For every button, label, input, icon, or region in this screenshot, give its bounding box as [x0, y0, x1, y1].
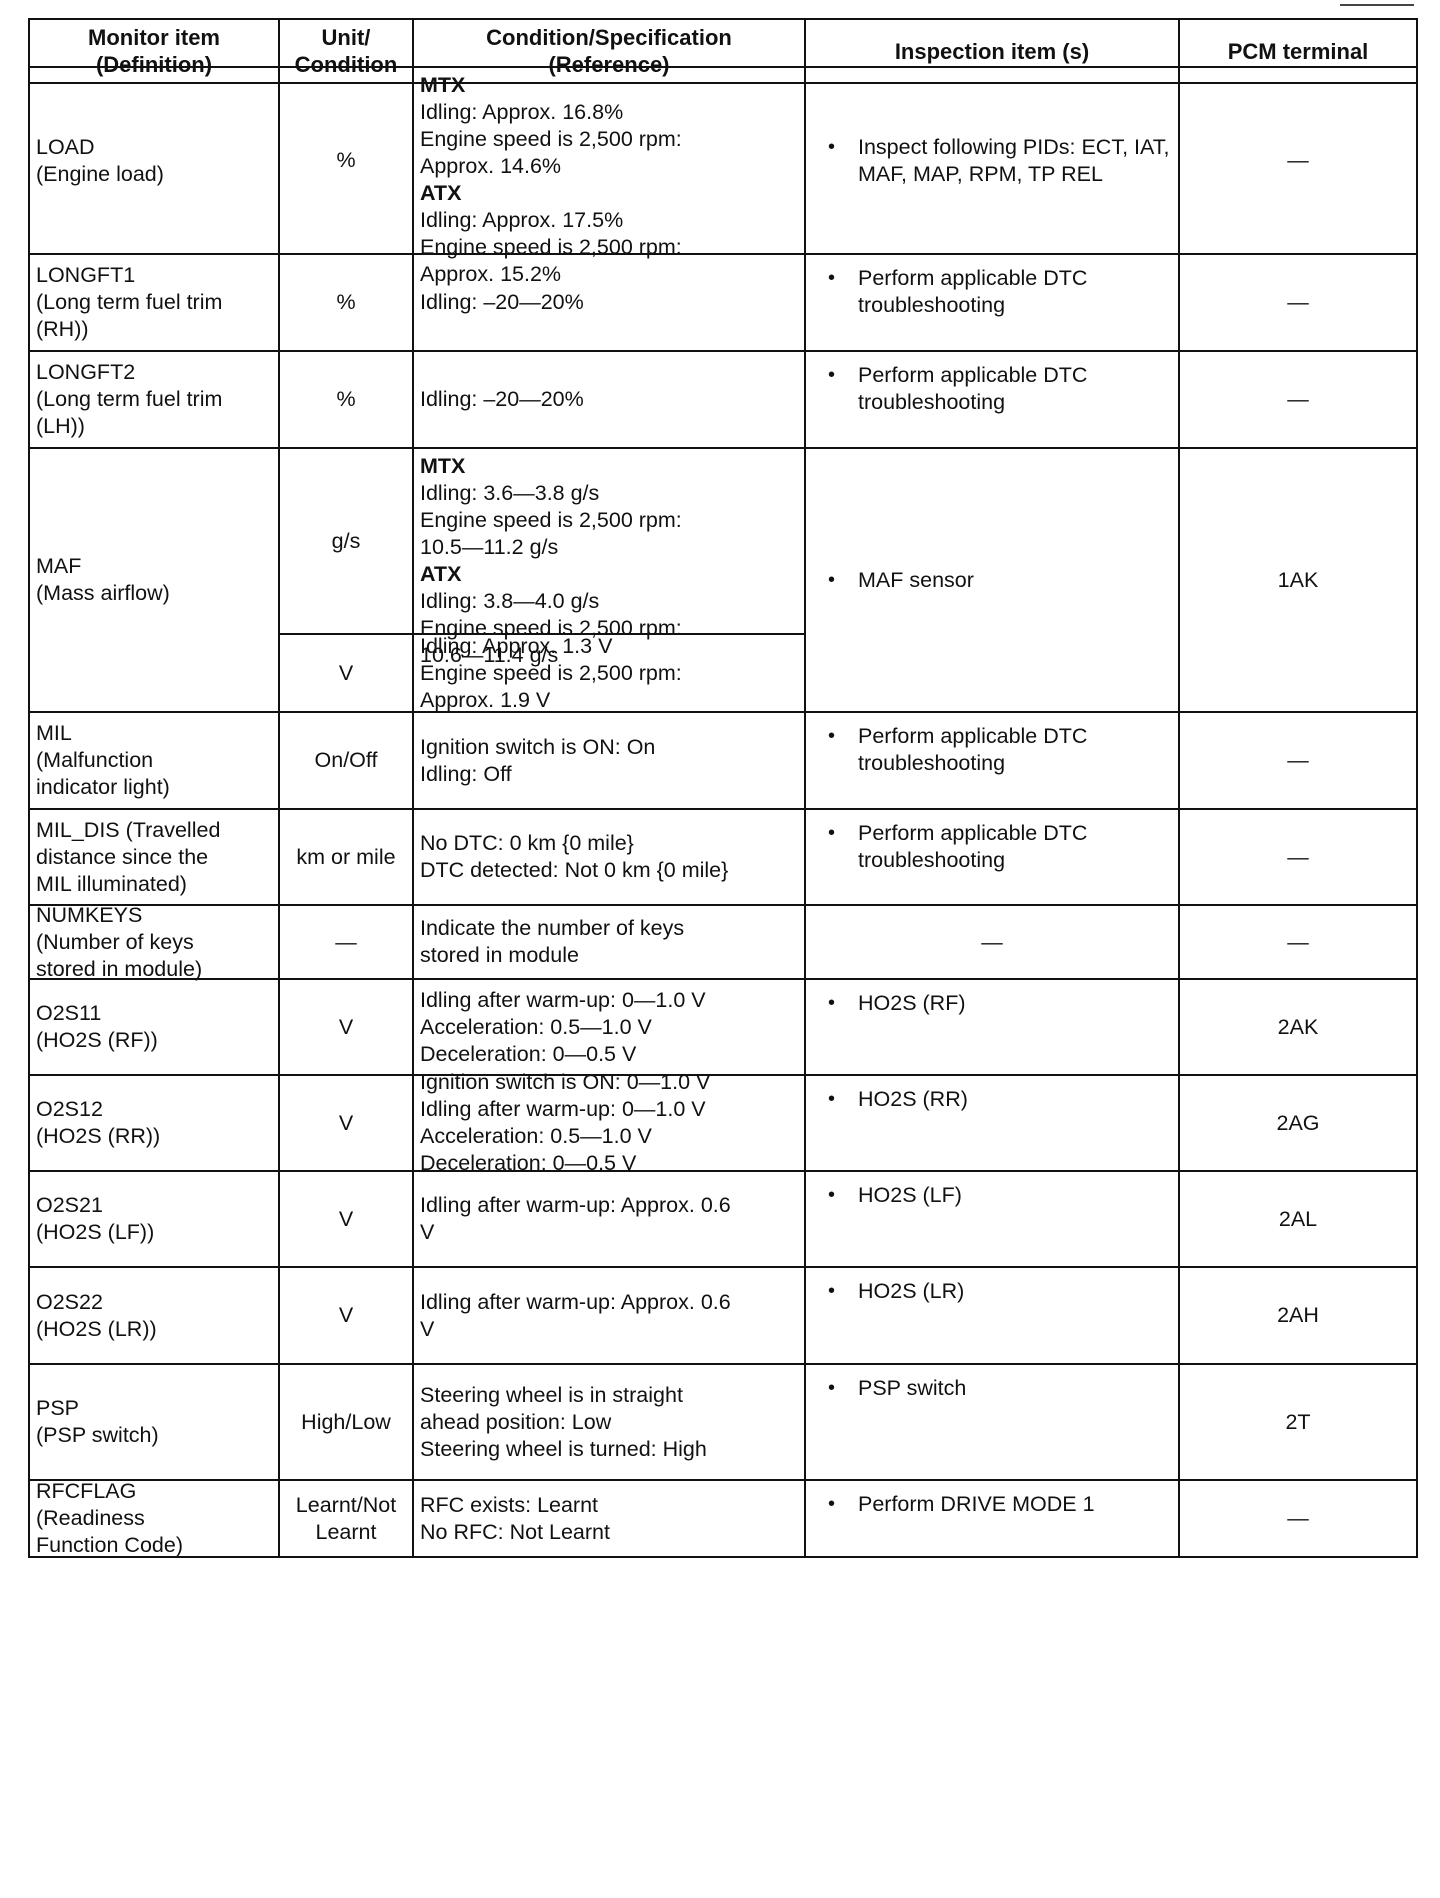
condition-line: Idling: 3.6—3.8 g/s: [420, 480, 798, 507]
condition-line: No DTC: 0 km {0 mile}: [420, 830, 728, 857]
pcm-terminal-cell: —: [1178, 350, 1418, 447]
condition-subheading: ATX: [420, 180, 798, 207]
inspection-cell: •Perform applicable DTC troubleshooting: [804, 808, 1178, 904]
pcm-terminal-cell: —: [1178, 904, 1418, 978]
condition-subheading: MTX: [420, 453, 798, 480]
bullet-icon: •: [828, 265, 858, 319]
condition-line: Idling: –20—20%: [420, 289, 584, 316]
condition-line: V: [420, 1316, 731, 1343]
monitor-item-cell: LONGFT1 (Long term fuel trim (RH)): [28, 253, 278, 350]
unit-cell: —: [278, 904, 412, 978]
monitor-item-cell: O2S11 (HO2S (RF)): [28, 978, 278, 1074]
inspection-list-item: •HO2S (RF): [812, 984, 1172, 1017]
condition-line: Deceleration: 0—0.5 V: [420, 1041, 706, 1068]
page-corner-mark: [1340, 4, 1414, 6]
inspection-list-item: •PSP switch: [812, 1369, 1172, 1402]
condition-line: Idling after warm-up: Approx. 0.6: [420, 1192, 731, 1219]
inspection-cell: •HO2S (LR): [804, 1266, 1178, 1363]
table-row: LONGFT2 (Long term fuel trim (LH))%Idlin…: [28, 350, 1418, 447]
inspection-cell: •Inspect following PIDs: ECT, IAT, MAF, …: [804, 66, 1178, 253]
condition-cell: MTXIdling: 3.6—3.8 g/sEngine speed is 2,…: [412, 447, 804, 633]
table-row: LOAD (Engine load)%MTXIdling: Approx. 16…: [28, 66, 1418, 253]
inspection-text: Perform applicable DTC troubleshooting: [858, 723, 1172, 777]
unit-cell: %: [278, 66, 412, 253]
monitor-item-cell: PSP (PSP switch): [28, 1363, 278, 1479]
condition-line: stored in module: [420, 942, 684, 969]
unit-cell: %: [278, 253, 412, 350]
inspection-cell: •HO2S (LF): [804, 1170, 1178, 1266]
condition-line: Idling: Off: [420, 761, 655, 788]
condition-line: No RFC: Not Learnt: [420, 1519, 610, 1546]
pcm-terminal-cell: 2T: [1178, 1363, 1418, 1479]
condition-cell: Idling: –20—20%: [412, 350, 804, 447]
unit-cell: V: [278, 1074, 412, 1170]
inspection-text: MAF sensor: [858, 567, 974, 594]
inspection-list-item: •HO2S (LR): [812, 1272, 1172, 1305]
pcm-terminal-cell: —: [1178, 253, 1418, 350]
inspection-cell: •Perform DRIVE MODE 1: [804, 1479, 1178, 1558]
pcm-terminal-cell: 2AG: [1178, 1074, 1418, 1170]
condition-line: Idling: Approx. 1.3 V: [420, 633, 682, 660]
inspection-text: Perform DRIVE MODE 1: [858, 1491, 1095, 1518]
bullet-icon: •: [828, 362, 858, 416]
unit-cell: km or mile: [278, 808, 412, 904]
pcm-terminal-cell: 2AL: [1178, 1170, 1418, 1266]
condition-line: Acceleration: 0.5—1.0 V: [420, 1123, 710, 1150]
bullet-icon: •: [828, 1182, 858, 1209]
condition-line: Idling: 3.8—4.0 g/s: [420, 588, 798, 615]
unit-cell: %: [278, 350, 412, 447]
condition-line: V: [420, 1219, 731, 1246]
monitor-item-cell: MIL (Malfunction indicator light): [28, 711, 278, 808]
condition-line: Ignition switch is ON: 0—1.0 V: [420, 1069, 710, 1096]
unit-cell: V: [278, 1266, 412, 1363]
condition-subheading: ATX: [420, 561, 798, 588]
monitor-item-cell: O2S21 (HO2S (LF)): [28, 1170, 278, 1266]
bullet-icon: •: [828, 820, 858, 874]
monitor-item-cell: O2S12 (HO2S (RR)): [28, 1074, 278, 1170]
monitor-item-cell: NUMKEYS (Number of keys stored in module…: [28, 904, 278, 978]
unit-cell: g/s: [278, 447, 412, 633]
inspection-cell: •MAF sensor: [804, 447, 1178, 711]
unit-cell: Learnt/Not Learnt: [278, 1479, 412, 1558]
inspection-text: Perform applicable DTC troubleshooting: [858, 820, 1172, 874]
inspection-list-item: •Perform applicable DTC troubleshooting: [812, 259, 1172, 319]
table-row: MIL (Malfunction indicator light)On/OffI…: [28, 711, 1418, 808]
condition-line: Approx. 14.6%: [420, 153, 798, 180]
condition-line: 10.5—11.2 g/s: [420, 534, 798, 561]
pcm-terminal-cell: —: [1178, 1479, 1418, 1558]
condition-line: Engine speed is 2,500 rpm:: [420, 126, 798, 153]
pcm-terminal-cell: 2AK: [1178, 978, 1418, 1074]
table-row: LONGFT1 (Long term fuel trim (RH))%Idlin…: [28, 253, 1418, 350]
condition-line: RFC exists: Learnt: [420, 1492, 610, 1519]
condition-line: Idling: Approx. 17.5%: [420, 207, 798, 234]
condition-line: DTC detected: Not 0 km {0 mile}: [420, 857, 728, 884]
table-row: MIL_DIS (Travelled distance since the MI…: [28, 808, 1418, 904]
inspection-list-item: •Perform applicable DTC troubleshooting: [812, 717, 1172, 777]
bullet-icon: •: [828, 1491, 858, 1518]
table-row: RFCFLAG (Readiness Function Code)Learnt/…: [28, 1479, 1418, 1558]
unit-cell: V: [278, 1170, 412, 1266]
condition-cell: Idling: Approx. 1.3 VEngine speed is 2,5…: [412, 633, 804, 711]
inspection-cell: •Perform applicable DTC troubleshooting: [804, 253, 1178, 350]
condition-cell: Idling after warm-up: Approx. 0.6V: [412, 1266, 804, 1363]
condition-cell: Steering wheel is in straightahead posit…: [412, 1363, 804, 1479]
inspection-cell: •HO2S (RR): [804, 1074, 1178, 1170]
condition-cell: Ignition switch is ON: 0—1.0 VIdling aft…: [412, 1074, 804, 1170]
table-row: O2S12 (HO2S (RR))VIgnition switch is ON:…: [28, 1074, 1418, 1170]
inspection-cell: •Perform applicable DTC troubleshooting: [804, 711, 1178, 808]
table-row: O2S21 (HO2S (LF))VIdling after warm-up: …: [28, 1170, 1418, 1266]
unit-cell: V: [278, 978, 412, 1074]
bullet-icon: •: [828, 134, 858, 188]
inspection-list-item: •Perform applicable DTC troubleshooting: [812, 356, 1172, 416]
condition-line: Acceleration: 0.5—1.0 V: [420, 1014, 706, 1041]
condition-line: Engine speed is 2,500 rpm:: [420, 507, 798, 534]
inspection-cell: •Perform applicable DTC troubleshooting: [804, 350, 1178, 447]
condition-cell: Idling after warm-up: Approx. 0.6V: [412, 1170, 804, 1266]
bullet-icon: •: [828, 567, 858, 594]
pcm-terminal-cell: —: [1178, 808, 1418, 904]
inspection-list-item: •Inspect following PIDs: ECT, IAT, MAF, …: [812, 134, 1172, 188]
condition-line: Engine speed is 2,500 rpm:: [420, 660, 682, 687]
inspection-cell: —: [804, 904, 1178, 978]
inspection-text: Perform applicable DTC troubleshooting: [858, 362, 1172, 416]
inspection-text: HO2S (RR): [858, 1086, 968, 1113]
condition-line: Indicate the number of keys: [420, 915, 684, 942]
condition-cell: MTXIdling: Approx. 16.8%Engine speed is …: [412, 66, 804, 253]
inspection-list-item: •HO2S (LF): [812, 1176, 1172, 1209]
table-row: O2S11 (HO2S (RF))VIdling after warm-up: …: [28, 978, 1418, 1074]
condition-subheading: MTX: [420, 72, 798, 99]
bullet-icon: •: [828, 723, 858, 777]
inspection-list-item: •HO2S (RR): [812, 1080, 1172, 1113]
condition-line: Steering wheel is turned: High: [420, 1436, 707, 1463]
monitor-item-cell: MAF (Mass airflow): [28, 447, 278, 711]
inspection-cell: •HO2S (RF): [804, 978, 1178, 1074]
table-row: PSP (PSP switch)High/LowSteering wheel i…: [28, 1363, 1418, 1479]
unit-cell: V: [278, 633, 412, 711]
pcm-terminal-cell: 1AK: [1178, 447, 1418, 711]
inspection-list-item: •Perform DRIVE MODE 1: [812, 1485, 1172, 1518]
pcm-terminal-cell: —: [1178, 66, 1418, 253]
condition-line: Ignition switch is ON: On: [420, 734, 655, 761]
inspection-list-item: •MAF sensor: [812, 567, 974, 594]
condition-line: Idling: Approx. 16.8%: [420, 99, 798, 126]
table-row: MAF (Mass airflow)g/sMTXIdling: 3.6—3.8 …: [28, 447, 1418, 711]
condition-cell: RFC exists: LearntNo RFC: Not Learnt: [412, 1479, 804, 1558]
condition-line: Idling after warm-up: Approx. 0.6: [420, 1289, 731, 1316]
condition-cell: Ignition switch is ON: OnIdling: Off: [412, 711, 804, 808]
monitor-item-cell: O2S22 (HO2S (LR)): [28, 1266, 278, 1363]
bullet-icon: •: [828, 1375, 858, 1402]
inspection-text: Perform applicable DTC troubleshooting: [858, 265, 1172, 319]
monitor-item-cell: LOAD (Engine load): [28, 66, 278, 253]
pcm-terminal-cell: 2AH: [1178, 1266, 1418, 1363]
condition-cell: Idling: –20—20%: [412, 253, 804, 350]
monitor-item-cell: RFCFLAG (Readiness Function Code): [28, 1479, 278, 1558]
inspection-text: Inspect following PIDs: ECT, IAT, MAF, M…: [858, 134, 1172, 188]
inspection-list-item: •Perform applicable DTC troubleshooting: [812, 814, 1172, 874]
condition-line: Idling: –20—20%: [420, 386, 584, 413]
table-row: NUMKEYS (Number of keys stored in module…: [28, 904, 1418, 978]
inspection-text: HO2S (RF): [858, 990, 966, 1017]
bullet-icon: •: [828, 990, 858, 1017]
bullet-icon: •: [828, 1086, 858, 1113]
inspection-cell: •PSP switch: [804, 1363, 1178, 1479]
table-row: O2S22 (HO2S (LR))VIdling after warm-up: …: [28, 1266, 1418, 1363]
bullet-icon: •: [828, 1278, 858, 1305]
condition-line: ahead position: Low: [420, 1409, 707, 1436]
inspection-text: HO2S (LR): [858, 1278, 964, 1305]
condition-cell: Indicate the number of keysstored in mod…: [412, 904, 804, 978]
condition-cell: Idling after warm-up: 0—1.0 VAcceleratio…: [412, 978, 804, 1074]
condition-line: Approx. 1.9 V: [420, 687, 682, 714]
condition-line: Steering wheel is in straight: [420, 1382, 707, 1409]
condition-cell: No DTC: 0 km {0 mile}DTC detected: Not 0…: [412, 808, 804, 904]
condition-line: Idling after warm-up: 0—1.0 V: [420, 1096, 710, 1123]
monitor-item-cell: LONGFT2 (Long term fuel trim (LH)): [28, 350, 278, 447]
inspection-text: HO2S (LF): [858, 1182, 962, 1209]
unit-cell: On/Off: [278, 711, 412, 808]
inspection-text: PSP switch: [858, 1375, 966, 1402]
pcm-terminal-cell: —: [1178, 711, 1418, 808]
unit-cell: High/Low: [278, 1363, 412, 1479]
monitor-item-cell: MIL_DIS (Travelled distance since the MI…: [28, 808, 278, 904]
condition-line: Idling after warm-up: 0—1.0 V: [420, 987, 706, 1014]
